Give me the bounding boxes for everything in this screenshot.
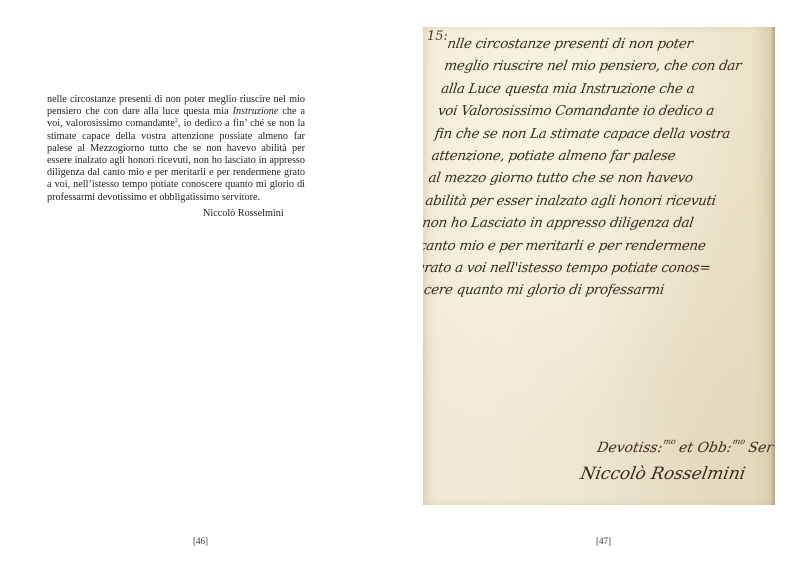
- left-page: nelle circostanze presenti di non poter …: [0, 0, 400, 564]
- signature-typed: Niccolò Rosselmini: [203, 208, 284, 219]
- manuscript-line: =cere quanto mi glorio di professarmi: [423, 279, 734, 301]
- manuscript-line: canto mio e per meritarli e per renderme…: [423, 235, 741, 257]
- manuscript-line: abilità per esser inalzato agli honori r…: [424, 190, 747, 212]
- manuscript-scan: 15: nlle circostanze presenti di non pot…: [423, 27, 775, 505]
- manuscript-line: fin che se non La stimate capace della v…: [433, 123, 756, 145]
- valediction-text: Servi:: [743, 440, 775, 456]
- manuscript-closing: Devotiss:mo et Obb:mo Servi:tore Niccolò…: [579, 437, 775, 484]
- manuscript-line: alla Luce questa mia Instruzione che a: [440, 78, 763, 100]
- manuscript-line: non ho Lasciato in appresso diligenza da…: [423, 212, 744, 234]
- manuscript-valediction: Devotiss:mo et Obb:mo Servi:tore: [596, 437, 775, 456]
- page-number-left: [46]: [193, 536, 208, 546]
- manuscript-handwriting: nlle circostanze presenti di non poter m…: [423, 33, 769, 302]
- valediction-text: Devotiss:: [596, 440, 664, 456]
- manuscript-folio-mark: 15:: [427, 29, 448, 44]
- manuscript-line: meglio riuscire nel mio pensiero, che co…: [443, 55, 766, 77]
- text-segment: , io dedico a fin’ ché se non la stimate…: [47, 118, 305, 202]
- manuscript-line: voi Valorosissimo Comandante io dedico a: [436, 100, 759, 122]
- manuscript-line: grato a voi nell'istesso tempo potiate c…: [423, 257, 738, 279]
- transcription-text: nelle circostanze presenti di non poter …: [47, 94, 305, 204]
- right-page: 15: nlle circostanze presenti di non pot…: [400, 0, 800, 564]
- page-number-right: [47]: [596, 536, 611, 546]
- valediction-text: et Obb:: [673, 440, 733, 456]
- manuscript-line: al mezzo giorno tutto che se non havevo: [427, 167, 750, 189]
- transcription-paragraph: nelle circostanze presenti di non poter …: [47, 94, 305, 204]
- italic-title-instruzione: Instruzione: [233, 106, 279, 117]
- manuscript-signature: Niccolò Rosselmini: [579, 464, 775, 484]
- manuscript-line: nlle circostanze presenti di non poter: [446, 33, 769, 55]
- manuscript-line: attenzione, potiate almeno far palese: [430, 145, 753, 167]
